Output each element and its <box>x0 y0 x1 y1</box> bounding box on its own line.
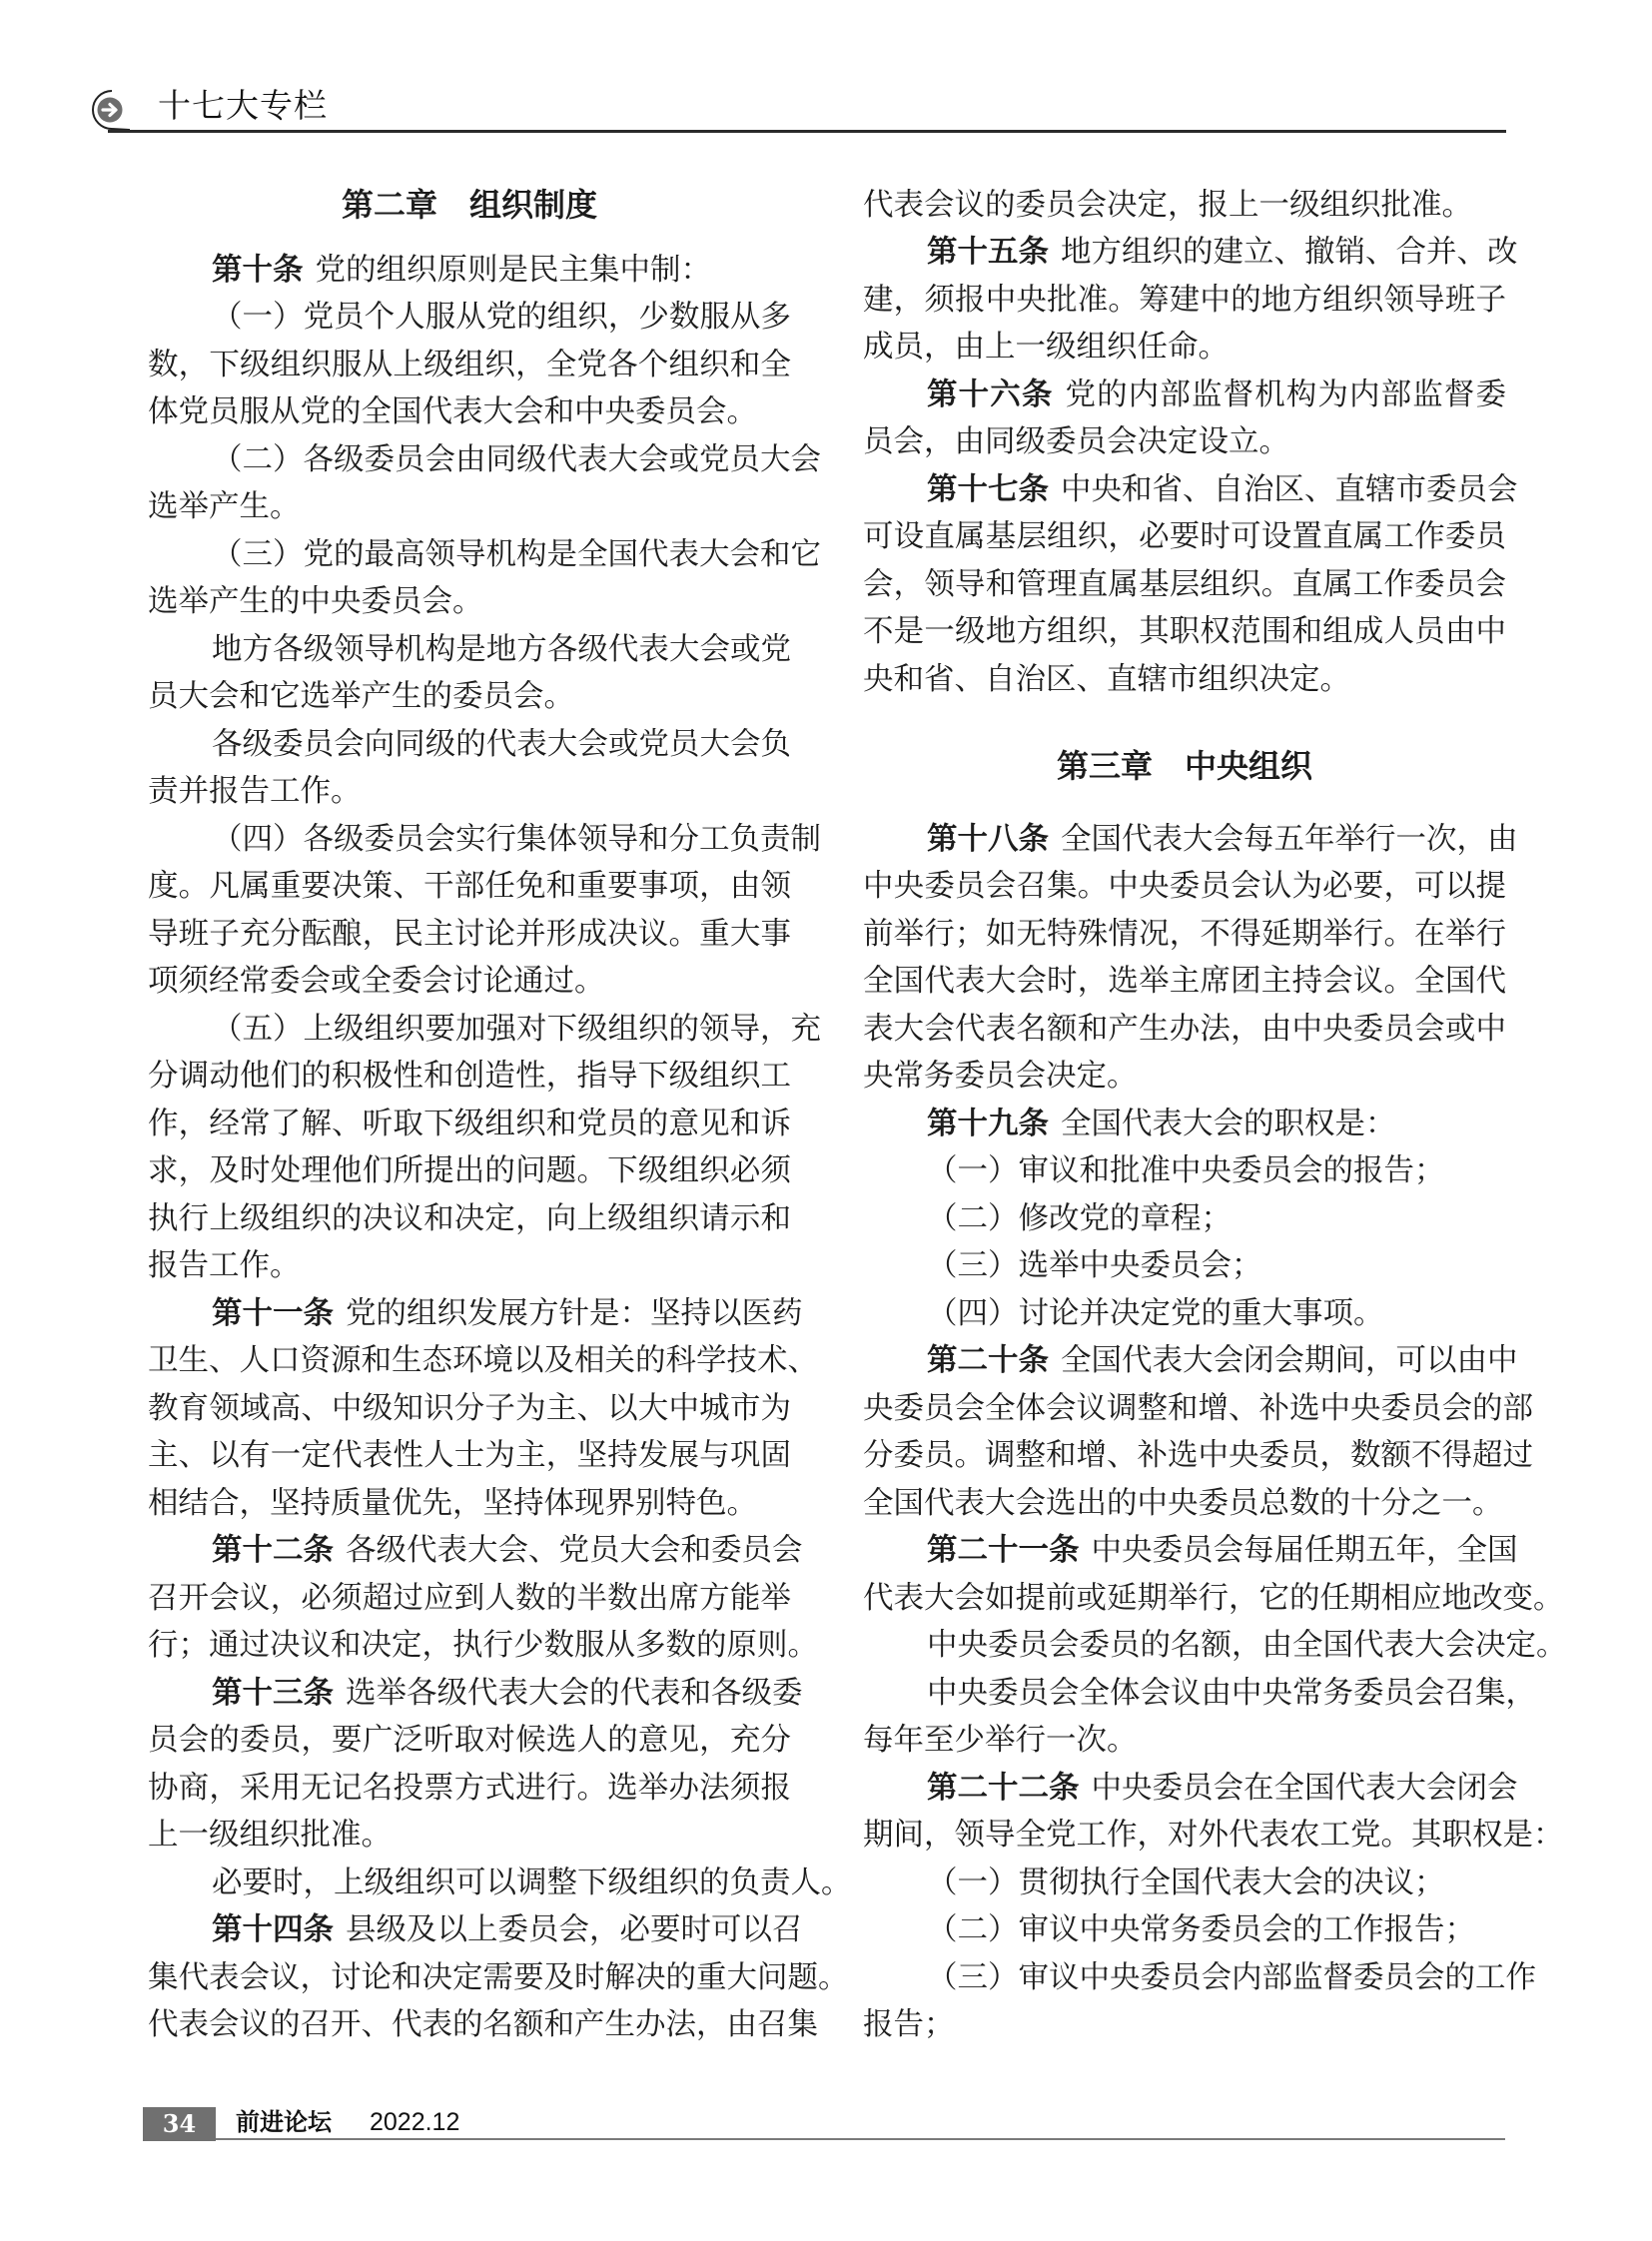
text-line: 央常务委员会决定。 <box>863 1053 1506 1100</box>
line-text: 报告工作。 <box>148 1248 301 1283</box>
line-text: 表大会代表名额和产生办法，由中央委员会或中 <box>863 1012 1506 1047</box>
line-text: 求，及时处理他们所提出的问题。下级组织必须 <box>148 1153 791 1188</box>
line-text: 中央委员会委员的名额，由全国代表大会决定。 <box>927 1628 1567 1663</box>
page-number-badge: 34 <box>143 2107 216 2141</box>
line-text: （一）党员个人服从党的组织，少数服从多 <box>212 300 791 335</box>
line-text: 地方组织的建立、撤销、合并、改 <box>1061 235 1518 270</box>
article-number: 第二十二条 <box>927 1771 1080 1806</box>
text-line: 第十六条党的内部监督机构为内部监督委 <box>863 372 1506 418</box>
text-line: 报告； <box>863 2001 1506 2048</box>
text-line: 第十九条全国代表大会的职权是： <box>863 1101 1506 1147</box>
text-line: 第十二条各级代表大会、党员大会和委员会 <box>148 1527 791 1574</box>
text-line: 报告工作。 <box>148 1242 791 1289</box>
text-line: 建，须报中央批准。筹建中的地方组织领导班子 <box>863 277 1506 324</box>
line-text: 代表会议的委员会决定，报上一级组织批准。 <box>863 188 1472 223</box>
line-text: 全国代表大会每五年举行一次，由 <box>1061 822 1518 857</box>
line-text: 不是一级地方组织，其职权范围和组成人员由中 <box>863 614 1506 649</box>
line-text: 员会，由同级委员会决定设立。 <box>863 424 1289 459</box>
text-line: 成员，由上一级组织任命。 <box>863 324 1506 371</box>
line-text: （四）讨论并决定党的重大事项。 <box>927 1296 1384 1331</box>
line-text: 央常务委员会决定。 <box>863 1059 1138 1094</box>
text-line: （一）贯彻执行全国代表大会的决议； <box>863 1860 1506 1906</box>
text-line: 中央委员会全体会议由中央常务委员会召集， <box>863 1670 1506 1717</box>
line-text: （三）党的最高领导机构是全国代表大会和它 <box>212 537 821 572</box>
text-line: （四）各级委员会实行集体领导和分工负责制 <box>148 816 791 863</box>
footer-rule <box>216 2138 1505 2140</box>
line-text: 相结合，坚持质量优先，坚持体现界别特色。 <box>148 1486 757 1521</box>
chapter-heading: 第三章 中央组织 <box>863 744 1506 788</box>
line-text: 协商，采用无记名投票方式进行。选举办法须报 <box>148 1771 791 1806</box>
text-line: 央和省、自治区、直辖市组织决定。 <box>863 656 1506 703</box>
line-text: 体党员服从党的全国代表大会和中央委员会。 <box>148 394 757 429</box>
text-line: 可设直属基层组织，必要时可设置直属工作委员 <box>863 513 1506 560</box>
text-line: 第二十二条中央委员会在全国代表大会闭会 <box>863 1765 1506 1812</box>
line-text: 县级及以上委员会，必要时可以召 <box>346 1912 803 1947</box>
line-text: 全国代表大会闭会期间，可以由中 <box>1061 1343 1518 1378</box>
text-line: 表大会代表名额和产生办法，由中央委员会或中 <box>863 1006 1506 1053</box>
line-text: 员大会和它选举产生的委员会。 <box>148 679 574 714</box>
line-text: 全国代表大会的职权是： <box>1061 1107 1396 1141</box>
line-text: 期间，领导全党工作，对外代表农工党。其职权是： <box>863 1818 1564 1853</box>
line-text: 会，领导和管理直属基层组织。直属工作委员会 <box>863 567 1506 602</box>
text-line: 代表会议的委员会决定，报上一级组织批准。 <box>863 182 1506 229</box>
text-line: 第十四条县级及以上委员会，必要时可以召 <box>148 1906 791 1953</box>
text-line: （三）选举中央委员会； <box>863 1242 1506 1289</box>
issue-date: 2022.12 <box>370 2105 459 2139</box>
text-line: 员会，由同级委员会决定设立。 <box>863 418 1506 465</box>
line-text: （二）各级委员会由同级代表大会或党员大会 <box>212 442 821 477</box>
article-number: 第二十一条 <box>927 1533 1080 1568</box>
article-number: 第十三条 <box>212 1676 334 1711</box>
line-text: 主、以有一定代表性人士为主，坚持发展与巩固 <box>148 1438 791 1473</box>
line-text: 成员，由上一级组织任命。 <box>863 330 1229 365</box>
line-text: 党的组织发展方针是：坚持以医药 <box>346 1296 803 1331</box>
line-text: 中央委员会每届任期五年，全国 <box>1092 1533 1518 1568</box>
text-line: 作，经常了解、听取下级组织和党员的意见和诉 <box>148 1101 791 1147</box>
text-line: 集代表会议，讨论和决定需要及时解决的重大问题。 <box>148 1954 791 2001</box>
line-text: 党的内部监督机构为内部监督委 <box>1065 377 1506 412</box>
line-text: 报告； <box>863 2007 955 2042</box>
text-line: 会，领导和管理直属基层组织。直属工作委员会 <box>863 561 1506 608</box>
text-line: 求，及时处理他们所提出的问题。下级组织必须 <box>148 1147 791 1194</box>
text-line: 必要时，上级组织可以调整下级组织的负责人。 <box>148 1860 791 1906</box>
text-line: 召开会议，必须超过应到人数的半数出席方能举 <box>148 1575 791 1622</box>
text-line: 不是一级地方组织，其职权范围和组成人员由中 <box>863 608 1506 655</box>
line-text: （三）选举中央委员会； <box>927 1248 1262 1283</box>
article-number: 第十一条 <box>212 1296 334 1331</box>
article-number: 第十八条 <box>927 822 1049 857</box>
text-line: 项须经常委会或全委会讨论通过。 <box>148 958 791 1005</box>
line-text: （四）各级委员会实行集体领导和分工负责制 <box>212 822 821 857</box>
text-line: 责并报告工作。 <box>148 768 791 815</box>
text-line: （三）党的最高领导机构是全国代表大会和它 <box>148 531 791 578</box>
text-line: 每年至少举行一次。 <box>863 1717 1506 1764</box>
line-text: 中央委员会在全国代表大会闭会 <box>1092 1771 1518 1806</box>
article-number: 第十条 <box>212 253 304 288</box>
text-line: 数，下级组织服从上级组织，全党各个组织和全 <box>148 342 791 388</box>
text-line: 协商，采用无记名投票方式进行。选举办法须报 <box>148 1765 791 1812</box>
line-text: （二）修改党的章程； <box>927 1201 1232 1236</box>
text-line: 员大会和它选举产生的委员会。 <box>148 673 791 720</box>
text-line: 第十三条选举各级代表大会的代表和各级委 <box>148 1670 791 1717</box>
article-number: 第十四条 <box>212 1912 334 1947</box>
text-line: 期间，领导全党工作，对外代表农工党。其职权是： <box>863 1812 1506 1859</box>
line-text: 必要时，上级组织可以调整下级组织的负责人。 <box>212 1866 852 1900</box>
text-line: 中央委员会召集。中央委员会认为必要，可以提 <box>863 863 1506 910</box>
line-text: 作，经常了解、听取下级组织和党员的意见和诉 <box>148 1107 791 1141</box>
text-line: （二）审议中央常务委员会的工作报告； <box>863 1906 1506 1953</box>
text-line: （三）审议中央委员会内部监督委员会的工作 <box>863 1954 1506 2001</box>
text-line: 主、以有一定代表性人士为主，坚持发展与巩固 <box>148 1432 791 1479</box>
header-rule <box>108 130 1506 133</box>
article-number: 第二十条 <box>927 1343 1049 1378</box>
line-text: （一）审议和批准中央委员会的报告； <box>927 1153 1445 1188</box>
line-text: （五）上级组织要加强对下级组织的领导，充 <box>212 1012 821 1047</box>
line-text: （二）审议中央常务委员会的工作报告； <box>927 1912 1475 1947</box>
line-text: 分调动他们的积极性和创造性，指导下级组织工 <box>148 1059 791 1094</box>
text-line: 第十一条党的组织发展方针是：坚持以医药 <box>148 1290 791 1337</box>
article-number: 第十五条 <box>927 235 1049 270</box>
text-line: 分委员。调整和增、补选中央委员，数额不得超过 <box>863 1432 1506 1479</box>
text-line: 第十五条地方组织的建立、撤销、合并、改 <box>863 229 1506 276</box>
line-text: 中央委员会召集。中央委员会认为必要，可以提 <box>863 869 1506 904</box>
text-line: 第十八条全国代表大会每五年举行一次，由 <box>863 816 1506 863</box>
line-text: 中央和省、自治区、直辖市委员会 <box>1061 472 1518 507</box>
line-text: 党的组织原则是民主集中制： <box>316 253 712 288</box>
line-text: 地方各级领导机构是地方各级代表大会或党 <box>212 632 791 667</box>
text-line: 第十条党的组织原则是民主集中制： <box>148 247 791 294</box>
text-line: 行；通过决议和决定，执行少数服从多数的原则。 <box>148 1622 791 1669</box>
line-text: 选举各级代表大会的代表和各级委 <box>346 1676 803 1711</box>
article-number: 第十七条 <box>927 472 1049 507</box>
line-text: 教育领域高、中级知识分子为主、以大中城市为 <box>148 1391 791 1426</box>
line-text: 上一级组织批准。 <box>148 1818 392 1853</box>
line-text: 卫生、人口资源和生态环境以及相关的科学技术、 <box>148 1343 818 1378</box>
line-text: 分委员。调整和增、补选中央委员，数额不得超过 <box>863 1438 1533 1473</box>
text-line: 选举产生的中央委员会。 <box>148 578 791 625</box>
line-text: 责并报告工作。 <box>148 774 362 809</box>
line-text: 每年至少举行一次。 <box>863 1723 1138 1758</box>
line-text: （一）贯彻执行全国代表大会的决议； <box>927 1866 1445 1900</box>
line-text: 选举产生。 <box>148 489 301 524</box>
article-number: 第十九条 <box>927 1107 1049 1141</box>
text-line: 中央委员会委员的名额，由全国代表大会决定。 <box>863 1622 1506 1669</box>
text-line: （四）讨论并决定党的重大事项。 <box>863 1290 1506 1337</box>
text-line: 相结合，坚持质量优先，坚持体现界别特色。 <box>148 1480 791 1527</box>
text-line: 央委员会全体会议调整和增、补选中央委员会的部 <box>863 1385 1506 1432</box>
text-line: 各级委员会向同级的代表大会或党员大会负 <box>148 721 791 768</box>
line-text: 选举产生的中央委员会。 <box>148 584 483 619</box>
chapter-heading: 第二章 组织制度 <box>148 183 791 227</box>
line-text: 前举行；如无特殊情况，不得延期举行。在举行 <box>863 917 1506 952</box>
line-text: 代表会议的召开、代表的名额和产生办法，由召集 <box>148 2007 818 2042</box>
line-text: 员会的委员，要广泛听取对候选人的意见，充分 <box>148 1723 791 1758</box>
line-text: 代表大会如提前或延期举行，它的任期相应地改变。 <box>863 1581 1564 1616</box>
text-line: 卫生、人口资源和生态环境以及相关的科学技术、 <box>148 1337 791 1384</box>
arrow-circle-icon <box>90 89 130 131</box>
text-line: 上一级组织批准。 <box>148 1812 791 1859</box>
line-text: 全国代表大会时，选举主席团主持会议。全国代 <box>863 964 1506 999</box>
line-text: 建，须报中央批准。筹建中的地方组织领导班子 <box>863 283 1506 318</box>
line-text: 行；通过决议和决定，执行少数服从多数的原则。 <box>148 1628 818 1663</box>
text-line: 代表会议的召开、代表的名额和产生办法，由召集 <box>148 2001 791 2048</box>
line-text: （三）审议中央委员会内部监督委员会的工作 <box>927 1960 1536 1995</box>
line-text: 央委员会全体会议调整和增、补选中央委员会的部 <box>863 1391 1533 1426</box>
text-line: 全国代表大会选出的中央委员总数的十分之一。 <box>863 1480 1506 1527</box>
column-title: 十七大专栏 <box>158 86 328 126</box>
text-line: 度。凡属重要决策、干部任免和重要事项，由领 <box>148 863 791 910</box>
text-line: （一）审议和批准中央委员会的报告； <box>863 1147 1506 1194</box>
line-text: 集代表会议，讨论和决定需要及时解决的重大问题。 <box>148 1960 849 1995</box>
text-line: 全国代表大会时，选举主席团主持会议。全国代 <box>863 958 1506 1005</box>
article-number: 第十二条 <box>212 1533 334 1568</box>
text-line: （五）上级组织要加强对下级组织的领导，充 <box>148 1006 791 1053</box>
text-line: （一）党员个人服从党的组织，少数服从多 <box>148 294 791 341</box>
line-text: 可设直属基层组织，必要时可设置直属工作委员 <box>863 519 1506 554</box>
text-line: 体党员服从党的全国代表大会和中央委员会。 <box>148 388 791 435</box>
text-line: 选举产生。 <box>148 483 791 530</box>
text-line: 执行上级组织的决议和决定，向上级组织请示和 <box>148 1195 791 1242</box>
line-text: 执行上级组织的决议和决定，向上级组织请示和 <box>148 1201 791 1236</box>
text-line: 第十七条中央和省、自治区、直辖市委员会 <box>863 466 1506 513</box>
text-line: 教育领域高、中级知识分子为主、以大中城市为 <box>148 1385 791 1432</box>
text-line: 代表大会如提前或延期举行，它的任期相应地改变。 <box>863 1575 1506 1622</box>
line-text: 召开会议，必须超过应到人数的半数出席方能举 <box>148 1581 791 1616</box>
text-line: 员会的委员，要广泛听取对候选人的意见，充分 <box>148 1717 791 1764</box>
line-text: 各级代表大会、党员大会和委员会 <box>346 1533 803 1568</box>
line-text: 中央委员会全体会议由中央常务委员会召集， <box>927 1676 1536 1711</box>
line-text: 项须经常委会或全委会讨论通过。 <box>148 964 605 999</box>
text-line: 第二十条全国代表大会闭会期间，可以由中 <box>863 1337 1506 1384</box>
text-line: 第二十一条中央委员会每届任期五年，全国 <box>863 1527 1506 1574</box>
line-text: 央和省、自治区、直辖市组织决定。 <box>863 662 1350 697</box>
line-text: 全国代表大会选出的中央委员总数的十分之一。 <box>863 1486 1503 1521</box>
text-line: （二）各级委员会由同级代表大会或党员大会 <box>148 436 791 483</box>
line-text: 导班子充分酝酿，民主讨论并形成决议。重大事 <box>148 917 791 952</box>
text-line: 分调动他们的积极性和创造性，指导下级组织工 <box>148 1053 791 1100</box>
text-line: 地方各级领导机构是地方各级代表大会或党 <box>148 626 791 673</box>
line-text: 各级委员会向同级的代表大会或党员大会负 <box>212 727 791 762</box>
text-line: 导班子充分酝酿，民主讨论并形成决议。重大事 <box>148 911 791 958</box>
journal-name: 前进论坛 <box>236 2105 332 2139</box>
text-line: 前举行；如无特殊情况，不得延期举行。在举行 <box>863 911 1506 958</box>
text-line: （二）修改党的章程； <box>863 1195 1506 1242</box>
line-text: 度。凡属重要决策、干部任免和重要事项，由领 <box>148 869 791 904</box>
line-text: 数，下级组织服从上级组织，全党各个组织和全 <box>148 348 791 382</box>
article-number: 第十六条 <box>927 377 1053 412</box>
